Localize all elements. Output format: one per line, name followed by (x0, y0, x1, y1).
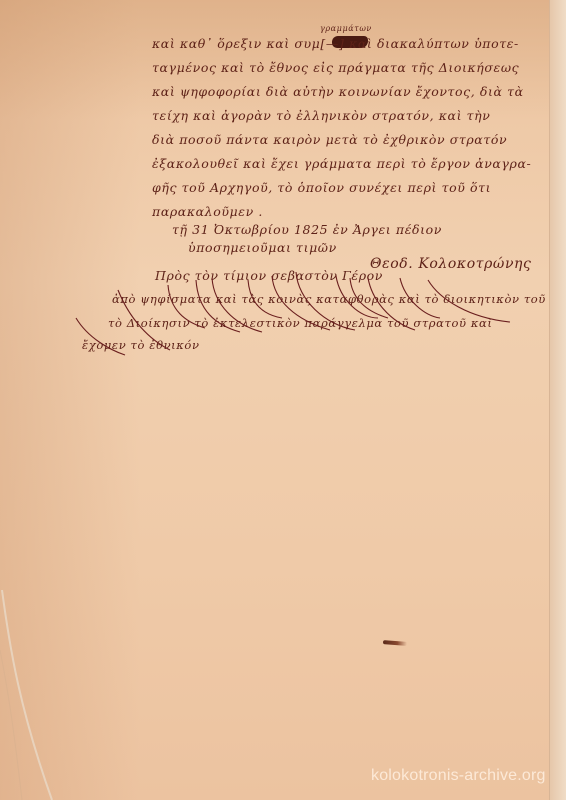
paper-fold-crease (0, 590, 60, 800)
body-line: καὶ ψηφοφορίαι διὰ αὐτὴν κοινωνίαν ἔχοντ… (152, 84, 524, 99)
body-line: παρακαλοῦμεν . (152, 204, 263, 219)
date-line: τῇ 31 Ὀκτωβρίου 1825 ἐν Ἀργει πέδιον (172, 222, 442, 237)
body-line: διὰ ποσοῦ πάντα καιρὸν μετὰ τὸ ἐχθρικὸν … (152, 132, 507, 147)
closing-line: ὑποσημειοῦμαι τιμῶν (188, 240, 337, 255)
body-line: τείχη καὶ ἀγορὰν τὸ ἐλληνικὸν στρατόν, κ… (152, 108, 490, 123)
body-line: φῆς τοῦ Αρχηγοῦ, τὸ ὁποῖον συνέχει περὶ … (152, 180, 491, 195)
archive-watermark: kolokotronis-archive.org (371, 767, 546, 785)
crossed-out-line: ἔχομεν τὸ ἐθνικόν (82, 338, 200, 352)
ink-stroke-mark (383, 640, 407, 646)
page-edge (549, 0, 566, 800)
crossed-out-line: ἀπὸ ψηφίσματα καὶ τὰς κοινὰς καταφθορὰς … (112, 292, 546, 306)
crossed-out-line: τὸ Διοίκησιν τὸ ἐκτελεστικὸν παράγγελμα … (108, 316, 492, 330)
body-line: καὶ καθ᾽ ὅρεξιν καὶ συμ[—] καὶ διακαλύπτ… (152, 36, 519, 51)
crossed-out-heading: Πρὸς τὸν τίμιον σεβαστὸν Γέρον (155, 268, 383, 283)
signature: Θεοδ. Κολοκοτρώνης (370, 256, 531, 272)
manuscript-page: γραμμάτων καὶ καθ᾽ ὅρεξιν καὶ συμ[—] καὶ… (0, 0, 566, 800)
body-line: ἐξακολουθεῖ καὶ ἔχει γράμματα περὶ τὸ ἔρ… (152, 156, 531, 171)
interlinear-insertion: γραμμάτων (320, 24, 372, 33)
body-line: ταγμένος καὶ τὸ ἔθνος εἰς πράγματα τῆς Δ… (152, 60, 519, 75)
